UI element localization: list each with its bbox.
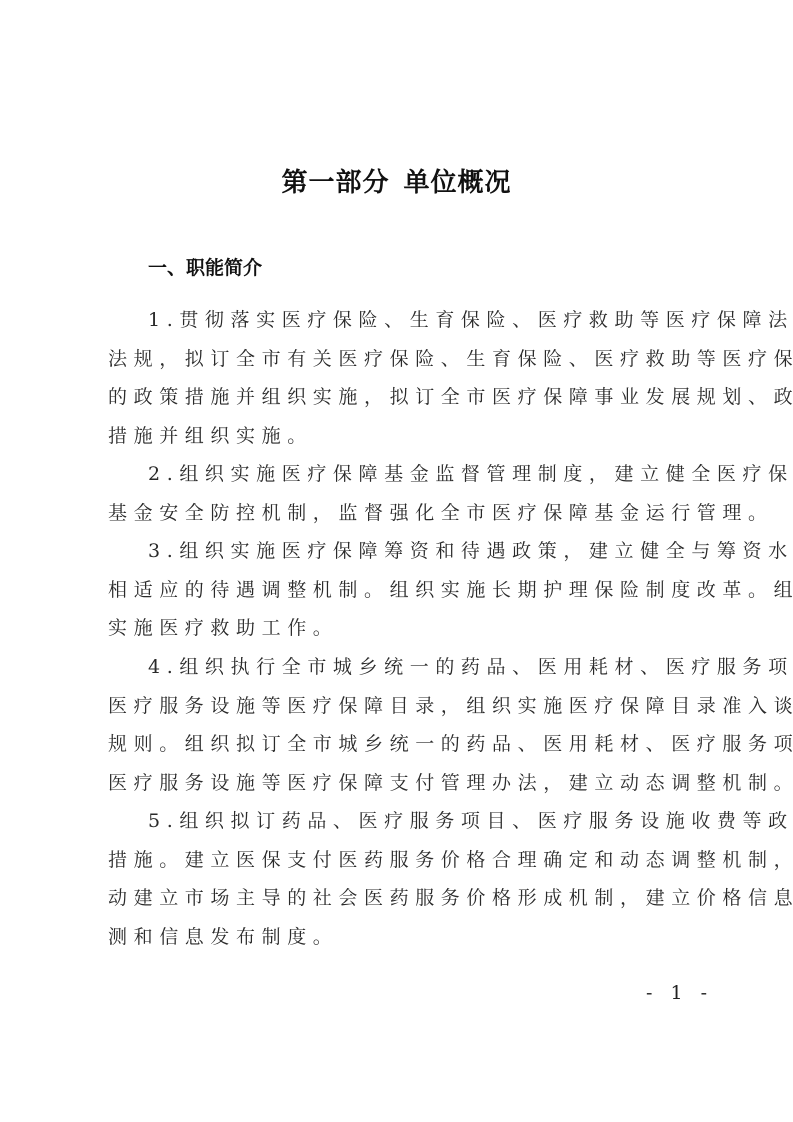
paragraph-line: 测和信息发布制度。 [108, 918, 698, 957]
paragraph-line: 相适应的待遇调整机制。组织实施长期护理保险制度改革。组织 [108, 571, 698, 610]
paragraph-line: 5.组织拟订药品、医疗服务项目、医疗服务设施收费等政策 [108, 802, 698, 841]
paragraph-2: 2.组织实施医疗保障基金监督管理制度，建立健全医疗保障 基金安全防控机制，监督强… [108, 455, 698, 532]
paragraph-5: 5.组织拟订药品、医疗服务项目、医疗服务设施收费等政策 措施。建立医保支付医药服… [108, 802, 698, 956]
section-heading: 一、职能简介 [148, 253, 262, 283]
paragraph-line: 规则。组织拟订全市城乡统一的药品、医用耗材、医疗服务项目、 [108, 725, 698, 764]
paragraph-line: 2.组织实施医疗保障基金监督管理制度，建立健全医疗保障 [108, 455, 698, 494]
paragraph-3: 3.组织实施医疗保障筹资和待遇政策，建立健全与筹资水平 相适应的待遇调整机制。组… [108, 532, 698, 648]
paragraph-line: 的政策措施并组织实施，拟订全市医疗保障事业发展规划、政策 [108, 378, 698, 417]
paragraph-line: 法规，拟订全市有关医疗保险、生育保险、医疗救助等医疗保障 [108, 340, 698, 379]
paragraph-line: 动建立市场主导的社会医药服务价格形成机制，建立价格信息监 [108, 879, 698, 918]
paragraph-line: 1.贯彻落实医疗保险、生育保险、医疗救助等医疗保障法律 [108, 301, 698, 340]
paragraph-line: 医疗服务设施等医疗保障目录，组织实施医疗保障目录准入谈判 [108, 687, 698, 726]
paragraph-line: 基金安全防控机制，监督强化全市医疗保障基金运行管理。 [108, 494, 698, 533]
paragraph-line: 实施医疗救助工作。 [108, 609, 698, 648]
page-title-part: 第一部分 [281, 168, 389, 198]
paragraph-line: 3.组织实施医疗保障筹资和待遇政策，建立健全与筹资水平 [108, 532, 698, 571]
page-number: - 1 - [646, 980, 713, 1006]
paragraph-line: 措施。建立医保支付医药服务价格合理确定和动态调整机制，推 [108, 841, 698, 880]
paragraph-4: 4.组织执行全市城乡统一的药品、医用耗材、医疗服务项目、 医疗服务设施等医疗保障… [108, 648, 698, 802]
paragraph-1: 1.贯彻落实医疗保险、生育保险、医疗救助等医疗保障法律 法规，拟订全市有关医疗保… [108, 301, 698, 455]
page-title-subject: 单位概况 [404, 168, 512, 198]
page-title: 第一部分单位概况 [0, 165, 793, 201]
paragraph-line: 医疗服务设施等医疗保障支付管理办法，建立动态调整机制。 [108, 764, 698, 803]
paragraph-line: 措施并组织实施。 [108, 417, 698, 456]
paragraph-line: 4.组织执行全市城乡统一的药品、医用耗材、医疗服务项目、 [108, 648, 698, 687]
